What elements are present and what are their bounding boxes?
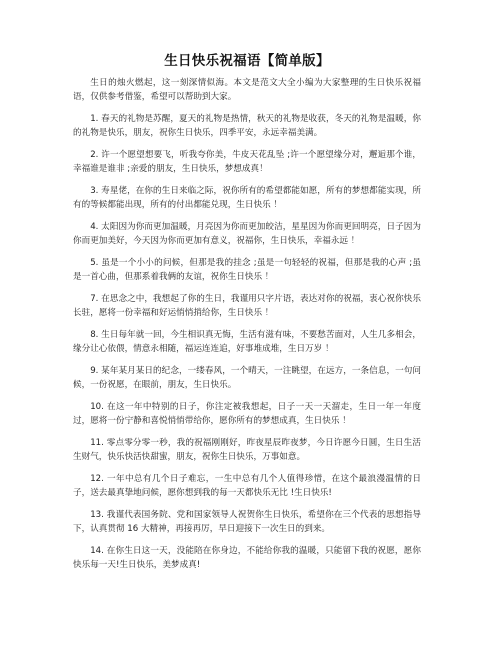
blessing-item-12: 12. 一年中总有几个日子难忘，一生中总有几个人值得珍惜，在这个最浪漫温情的日子… bbox=[73, 472, 421, 500]
blessing-item-2: 2. 许一个愿望想要飞，听我夸你美，牛皮天花乱坠 ;许一个愿望缘分对，邂逅那个谁… bbox=[73, 148, 421, 176]
blessing-item-11: 11. 零点零分零一秒，我的祝福刚刚好，昨夜星辰昨夜梦，今日许愿今日圆，生日生活… bbox=[73, 436, 421, 464]
blessing-item-8: 8. 生日每年就一回，今生相识真无悔，生活有滋有味，不要愁苦面对，人生几多相会，… bbox=[73, 328, 421, 356]
document-page: 生日快乐祝福语【简单版】 生日的烛火燃起，这一刻深情似海。本文是范文大全小编为大… bbox=[73, 0, 421, 572]
blessing-item-3: 3. 寿星佬，在你的生日来临之际，祝你所有的希望都能如愿，所有的梦想都能实现，所… bbox=[73, 184, 421, 212]
blessing-item-5: 5. 虽是一个小小的问候，但那是我的挂念 ;虽是一句轻轻的祝福，但那是我的心声 … bbox=[73, 256, 421, 284]
document-title: 生日快乐祝福语【简单版】 bbox=[73, 52, 421, 70]
blessing-item-7: 7. 在思念之中，我想起了你的生日，我谨用只字片语，表达对你的祝福，衷心祝你快乐… bbox=[73, 292, 421, 320]
blessing-item-9: 9. 某年某月某日的纪念，一缕春风，一个晴天，一注眺望，在远方，一条信息，一句问… bbox=[73, 364, 421, 392]
blessing-item-13: 13. 我谨代表国务院、党和国家领导人祝贺你生日快乐，希望你在三个代表的思想指导… bbox=[73, 508, 421, 536]
blessing-item-10: 10. 在这一年中特别的日子，你注定被我想起，日子一天一天溜走，生日一年一年度过… bbox=[73, 400, 421, 428]
blessing-item-4: 4. 太阳因为你而更加温暖，月亮因为你而更加皎洁，星星因为你而更回明亮，日子因为… bbox=[73, 220, 421, 248]
intro-paragraph: 生日的烛火燃起，这一刻深情似海。本文是范文大全小编为大家整理的生日快乐祝福语，仅… bbox=[73, 76, 421, 104]
blessing-item-14: 14. 在你生日这一天，没能陪在你身边，不能给你我的温暖，只能留下我的祝愿，愿你… bbox=[73, 544, 421, 572]
blessing-item-1: 1. 春天的礼物是苏醒，夏天的礼物是热情，秋天的礼物是收获，冬天的礼物是温暖，你… bbox=[73, 112, 421, 140]
